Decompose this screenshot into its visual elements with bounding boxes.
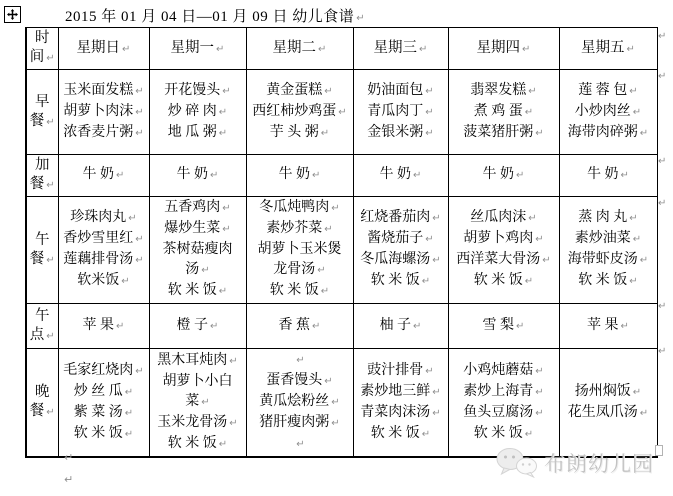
paragraph-mark: ↵ [219, 107, 227, 118]
paragraph-mark: ↵ [46, 331, 54, 342]
cell-dinner-sunday: 毛家红烧肉↵炒 丝 瓜↵紫 菜 汤↵软 米 饭↵ [58, 349, 149, 458]
paragraph-mark: ↵ [219, 286, 227, 297]
paragraph-mark: ↵ [535, 408, 543, 419]
paragraph-mark: ↵ [331, 418, 339, 429]
menu-line: 丝瓜肉沫↵ [451, 208, 557, 229]
menu-line: 开花馒头↵ [152, 81, 244, 102]
brand-logo: 布朗幼儿园 [496, 447, 663, 478]
menu-line-text: 丝瓜肉沫 [470, 210, 526, 225]
menu-line: 星期二↵ [249, 38, 351, 60]
menu-line-text: 奶油面包 [367, 83, 423, 98]
menu-line-text: 素炒上海青 [463, 384, 533, 399]
cell-afternoon-snack-tuesday: 香 蕉↵ [246, 304, 353, 349]
paragraph-mark: ↵ [229, 356, 237, 367]
menu-line: 蛋香馒头↵ [249, 371, 351, 392]
menu-line: 菜↵ [152, 392, 244, 413]
paragraph-mark: ↵ [522, 44, 530, 55]
paragraph-mark: ↵ [629, 276, 637, 287]
menu-line: 素炒地三鲜↵ [356, 382, 446, 403]
paragraph-mark: ↵ [128, 213, 136, 224]
menu-line-text: 星期四 [477, 40, 521, 56]
menu-line-text: 午 [35, 308, 50, 324]
paragraph-mark: ↵ [135, 107, 143, 118]
menu-line-text: 星期日 [77, 40, 121, 56]
paragraph-mark: ↵ [535, 366, 543, 377]
menu-line: 胡萝卜玉米煲 [249, 240, 351, 260]
menu-line-text: 豉汁排骨 [367, 363, 423, 378]
menu-line-text: 香炒雪里红 [63, 231, 133, 246]
menu-line: 冬瓜炖鸭肉↵ [249, 198, 351, 219]
cell-extra-meal-tuesday: 牛 奶↵ [246, 155, 353, 197]
menu-line: 软 米 饭↵ [356, 271, 446, 292]
paragraph-mark: ↵ [627, 44, 635, 55]
paragraph-mark: ↵ [516, 170, 524, 181]
paragraph-mark: ↵ [640, 128, 648, 139]
menu-line-text: 柚 子 [380, 318, 412, 333]
menu-line-text: 菜 [185, 394, 199, 409]
menu-line-text: 胡萝卜鸡肉 [463, 231, 533, 246]
document-title: 2015 年 01 月 04 日—01 月 09 日 幼儿食谱 [65, 9, 354, 25]
paragraph-mark: ↵ [201, 265, 209, 276]
menu-line-text: 胡萝卜肉沫 [63, 104, 133, 119]
menu-line-text: 爆炒生菜 [164, 221, 220, 236]
menu-line: 扬州焖饭↵ [562, 382, 655, 403]
menu-line: 小鸡炖蘑菇↵ [451, 361, 557, 382]
menu-line-text: 软 米 饭 [371, 426, 420, 441]
menu-line: 素炒油菜↵ [562, 229, 655, 250]
menu-line-text: 毛家红烧肉 [63, 363, 133, 378]
paragraph-mark: ↵ [116, 321, 124, 332]
paragraph-mark: ↵ [658, 31, 666, 42]
menu-line: 玉米龙骨汤↵ [152, 413, 244, 434]
paragraph-mark: ↵ [535, 387, 543, 398]
paragraph-mark: ↵ [321, 128, 329, 139]
paragraph-mark: ↵ [525, 276, 533, 287]
paragraph-mark: ↵ [219, 439, 227, 450]
menu-line-text: 星期三 [374, 40, 418, 56]
paragraph-mark: ↵ [135, 86, 143, 97]
cell-afternoon-snack-monday: 橙 子↵ [149, 304, 246, 349]
menu-line: 软米饭↵ [61, 271, 147, 292]
paragraph-mark: ↵ [135, 128, 143, 139]
paragraph-mark: ↵ [331, 397, 339, 408]
paragraph-mark: ↵ [425, 128, 433, 139]
header-sunday: 星期日↵ [58, 28, 149, 70]
header-wednesday: 星期三↵ [353, 28, 448, 70]
menu-line-text: 橙 子 [177, 318, 209, 333]
paragraph-mark: ↵ [516, 321, 524, 332]
menu-line-text: 星期五 [581, 40, 625, 56]
paragraph-mark: ↵ [629, 213, 637, 224]
paragraph-mark: ↵ [425, 234, 433, 245]
menu-line: 餐↵ [29, 112, 56, 132]
paragraph-mark: ↵ [222, 203, 230, 214]
menu-line-text: 龙骨汤 [273, 262, 315, 277]
menu-line: 胡萝卜小白 [152, 372, 244, 392]
menu-line: 点↵ [29, 326, 56, 346]
paragraph-mark: ↵ [413, 321, 421, 332]
menu-line-text: 素炒地三鲜 [360, 384, 430, 399]
menu-line-text: 晚 [35, 384, 50, 400]
header-monday: 星期一↵ [149, 28, 246, 70]
paragraph-mark: ↵ [210, 321, 218, 332]
paragraph-mark: ↵ [64, 451, 73, 464]
cell-extra-meal-monday: 牛 奶↵ [149, 155, 246, 197]
menu-line: 软 米 饭↵ [152, 281, 244, 302]
menu-line-text: 软 米 饭 [474, 273, 523, 288]
paragraph-mark: ↵ [413, 170, 421, 181]
menu-line: 海带肉碎粥↵ [562, 123, 655, 144]
paragraph-mark: ↵ [525, 107, 533, 118]
document-page: 2015 年 01 月 04 日—01 月 09 日 幼儿食谱↵ 时间↵星期日↵… [0, 0, 673, 496]
menu-line-text: 小炒肉丝 [575, 104, 631, 119]
paragraph-mark: ↵ [425, 107, 433, 118]
menu-line: 牛 奶↵ [562, 165, 655, 186]
paragraph-mark: ↵ [640, 255, 648, 266]
menu-line-text: 五香鸡肉 [164, 200, 220, 215]
menu-line: 软 米 饭↵ [249, 281, 351, 302]
menu-line: 茶树菇瘦肉 [152, 240, 244, 260]
menu-line-text: 西洋菜大骨汤 [456, 252, 540, 267]
paragraph-mark: ↵ [122, 44, 130, 55]
cell-lunch-monday: 五香鸡肉↵爆炒生菜↵茶树菇瘦肉汤↵软 米 饭↵ [149, 197, 246, 304]
paragraph-mark: ↵ [528, 86, 536, 97]
paragraph-mark: ↵ [422, 429, 430, 440]
paragraph-mark: ↵ [658, 346, 666, 357]
menu-line-text: 星期二 [273, 40, 317, 56]
paragraph-mark: ↵ [432, 255, 440, 266]
cell-extra-meal-thursday: 牛 奶↵ [448, 155, 559, 197]
menu-line: 软 米 饭↵ [562, 271, 655, 292]
menu-line: 香炒雪里红↵ [61, 229, 147, 250]
menu-line: 胡萝卜肉沫↵ [61, 102, 147, 123]
cell-afternoon-snack-wednesday: 柚 子↵ [353, 304, 448, 349]
menu-line: 柚 子↵ [356, 316, 446, 337]
title-line: 2015 年 01 月 04 日—01 月 09 日 幼儿食谱↵ [65, 5, 365, 26]
menu-line: 牛 奶↵ [451, 165, 557, 186]
header-thursday: 星期四↵ [448, 28, 559, 70]
paragraph-mark: ↵ [432, 408, 440, 419]
menu-line: 冬瓜海螺汤↵ [356, 250, 446, 271]
paragraph-mark: ↵ [317, 265, 325, 276]
menu-line: 黑木耳炖肉↵ [152, 351, 244, 372]
menu-line-text: 软 米 饭 [168, 436, 217, 451]
menu-line: 菠菜猪肝粥↵ [451, 123, 557, 144]
menu-line-text: 青菜肉沫汤 [360, 405, 430, 420]
paragraph-mark: ↵ [46, 117, 54, 128]
menu-line-text: 鱼头豆腐汤 [463, 405, 533, 420]
menu-line: 海带虾皮汤↵ [562, 250, 655, 271]
paragraph-mark: ↵ [46, 53, 54, 64]
paragraph-mark: ↵ [535, 128, 543, 139]
menu-line-text: 地 瓜 粥 [168, 125, 217, 140]
menu-line-text: 软 米 饭 [270, 283, 319, 298]
menu-line-text: 青瓜肉丁 [367, 104, 423, 119]
menu-line: 牛 奶↵ [356, 165, 446, 186]
paragraph-mark: ↵ [621, 321, 629, 332]
menu-line: 炒 碎 肉↵ [152, 102, 244, 123]
menu-line: 苹 果↵ [61, 316, 147, 337]
menu-line: ↵ [249, 434, 351, 455]
menu-line-text: 小鸡炖蘑菇 [463, 363, 533, 378]
menu-line: 猪肝瘦肉粥↵ [249, 413, 351, 434]
menu-line: 黄瓜烩粉丝↵ [249, 392, 351, 413]
paragraph-mark: ↵ [46, 407, 54, 418]
menu-line: 金银米粥↵ [356, 123, 446, 144]
cell-breakfast-friday: 莲 蓉 包↵小炒肉丝↵海带肉碎粥↵ [559, 70, 657, 155]
paragraph-mark: ↵ [296, 355, 304, 366]
menu-line: 软 米 饭↵ [451, 271, 557, 292]
menu-line-text: 苹 果 [83, 318, 115, 333]
menu-line-text: 黄金蛋糕 [266, 83, 322, 98]
menu-line: 蒸 肉 丸↵ [562, 208, 655, 229]
paragraph-mark: ↵ [432, 213, 440, 224]
paragraph-mark: ↵ [331, 203, 339, 214]
menu-line-text: 早 [35, 94, 50, 110]
menu-line: 苹 果↵ [562, 316, 655, 337]
menu-line: 豉汁排骨↵ [356, 361, 446, 382]
menu-line-text: 牛 奶 [83, 167, 115, 182]
menu-line: 奶油面包↵ [356, 81, 446, 102]
cell-lunch-wednesday: 红烧番茄肉↵酱烧茄子↵冬瓜海螺汤↵软 米 饭↵ [353, 197, 448, 304]
paragraph-mark: ↵ [296, 439, 304, 450]
menu-line: 牛 奶↵ [61, 165, 147, 186]
paragraph-mark: ↵ [633, 234, 641, 245]
menu-line: 牛 奶↵ [249, 165, 351, 186]
brand-name: 布朗幼儿园 [544, 448, 654, 478]
menu-line-text: 扬州焖饭 [575, 384, 631, 399]
menu-line-text: 西红柿炒鸡蛋 [252, 104, 336, 119]
menu-line-text: 餐 [30, 113, 45, 129]
menu-line-text: 开花馒头 [164, 83, 220, 98]
paragraph-mark: ↵ [222, 86, 230, 97]
menu-line-text: 冬瓜炖鸭肉 [259, 200, 329, 215]
menu-line: 莲 蓉 包↵ [562, 81, 655, 102]
paragraph-mark: ↵ [419, 44, 427, 55]
menu-line: 素炒上海青↵ [451, 382, 557, 403]
menu-line-text: 翡翠发糕 [470, 83, 526, 98]
menu-line-text: 炒 丝 瓜 [74, 384, 123, 399]
menu-line-text: 软 米 饭 [578, 273, 627, 288]
menu-line: 午 [29, 231, 56, 250]
cell-dinner-friday: 扬州焖饭↵花生凤爪汤↵ [559, 349, 657, 458]
row-label-lunch: 午餐↵ [26, 197, 58, 304]
menu-line-text: 间 [30, 49, 45, 65]
paragraph-mark: ↵ [201, 397, 209, 408]
menu-line-text: 香 蕉 [279, 318, 311, 333]
menu-line: 午 [29, 307, 56, 326]
menu-line-text: 炒 碎 肉 [168, 104, 217, 119]
menu-line-text: 胡萝卜玉米煲 [258, 242, 342, 257]
paragraph-mark: ↵ [338, 107, 346, 118]
menu-line-text: 软 米 饭 [371, 273, 420, 288]
cell-extra-meal-sunday: 牛 奶↵ [58, 155, 149, 197]
cell-breakfast-wednesday: 奶油面包↵青瓜肉丁↵金银米粥↵ [353, 70, 448, 155]
cell-lunch-sunday: 珍珠肉丸↵香炒雪里红↵莲藕排骨汤↵软米饭↵ [58, 197, 149, 304]
menu-line-text: 猪肝瘦肉粥 [259, 415, 329, 430]
menu-line: 毛家红烧肉↵ [61, 361, 147, 382]
paragraph-mark: ↵ [318, 44, 326, 55]
row-label-breakfast: 早餐↵ [26, 70, 58, 155]
paragraph-mark: ↵ [658, 71, 666, 82]
paragraph-mark: ↵ [422, 276, 430, 287]
menu-line: 牛 奶↵ [152, 165, 244, 186]
menu-line-text: 软 米 饭 [474, 426, 523, 441]
menu-line-text: 蒸 肉 丸 [578, 210, 627, 225]
paragraph-mark: ↵ [621, 170, 629, 181]
menu-line: 间↵ [29, 48, 56, 68]
menu-line: 软 米 饭↵ [152, 434, 244, 455]
cell-lunch-friday: 蒸 肉 丸↵素炒油菜↵海带虾皮汤↵软 米 饭↵ [559, 197, 657, 304]
menu-line: 餐↵ [29, 250, 56, 270]
cell-dinner-tuesday: ↵蛋香馒头↵黄瓜烩粉丝↵猪肝瘦肉粥↵↵ [246, 349, 353, 458]
paragraph-mark: ↵ [528, 213, 536, 224]
menu-line-text: 苹 果 [587, 318, 619, 333]
menu-line: 星期四↵ [451, 38, 557, 60]
menu-line: 餐↵ [29, 175, 56, 195]
menu-line: 软 米 饭↵ [451, 424, 557, 445]
paragraph-mark: ↵ [125, 429, 133, 440]
menu-line: 玉米面发糕↵ [61, 81, 147, 102]
menu-line-text: 牛 奶 [483, 167, 515, 182]
menu-line: 西红柿炒鸡蛋↵ [249, 102, 351, 123]
paragraph-mark: ↵ [46, 255, 54, 266]
menu-line: 星期一↵ [152, 38, 244, 60]
menu-line-text: 餐 [30, 176, 45, 192]
menu-line-text: 花生凤爪汤 [568, 405, 638, 420]
table-move-handle[interactable] [4, 6, 21, 23]
menu-line-text: 汤 [185, 262, 199, 277]
paragraph-mark: ↵ [633, 107, 641, 118]
menu-line-text: 牛 奶 [587, 167, 619, 182]
paragraph-mark: ↵ [633, 387, 641, 398]
menu-line: 鱼头豆腐汤↵ [451, 403, 557, 424]
menu-line: 爆炒生菜↵ [152, 219, 244, 240]
cell-afternoon-snack-sunday: 苹 果↵ [58, 304, 149, 349]
paragraph-mark: ↵ [432, 387, 440, 398]
menu-line: 煮 鸡 蛋↵ [451, 102, 557, 123]
menu-line-text: 浓香麦片粥 [63, 125, 133, 140]
menu-line-text: 珍珠肉丸 [70, 210, 126, 225]
paragraph-mark: ↵ [324, 224, 332, 235]
header-friday: 星期五↵ [559, 28, 657, 70]
menu-line-text: 红烧番茄肉 [360, 210, 430, 225]
header-time: 时间↵ [26, 28, 58, 70]
menu-line: 星期三↵ [356, 38, 446, 60]
menu-line: 地 瓜 粥↵ [152, 123, 244, 144]
menu-line-text: 玉米面发糕 [63, 83, 133, 98]
menu-line: 酱烧茄子↵ [356, 229, 446, 250]
menu-line-text: 牛 奶 [177, 167, 209, 182]
cell-breakfast-tuesday: 黄金蛋糕↵西红柿炒鸡蛋↵芋 头 粥↵ [246, 70, 353, 155]
paragraph-mark: ↵ [629, 86, 637, 97]
menu-line: 龙骨汤↵ [249, 260, 351, 281]
menu-line: 红烧番茄肉↵ [356, 208, 446, 229]
menu-line: 紫 菜 汤↵ [61, 403, 147, 424]
menu-line-text: 星期一 [171, 40, 215, 56]
cell-afternoon-snack-thursday: 雪 梨↵ [448, 304, 559, 349]
menu-line: 浓香麦片粥↵ [61, 123, 147, 144]
menu-line: 星期日↵ [61, 38, 147, 60]
menu-line: 西洋菜大骨汤↵ [451, 250, 557, 271]
paragraph-mark: ↵ [658, 156, 666, 167]
menu-line-text: 牛 奶 [279, 167, 311, 182]
row-label-dinner: 晚餐↵ [26, 349, 58, 458]
menu-line: 雪 梨↵ [451, 316, 557, 337]
menu-line-text: 软米饭 [77, 273, 119, 288]
menu-line: 餐↵ [29, 402, 56, 422]
menu-line: ↵ [249, 350, 351, 371]
menu-line: 翡翠发糕↵ [451, 81, 557, 102]
menu-line-text: 加 [35, 157, 50, 173]
menu-line-text: 冬瓜海螺汤 [360, 252, 430, 267]
paragraph-mark: ↵ [658, 301, 666, 312]
menu-line: 时 [29, 29, 56, 48]
menu-line-text: 酱烧茄子 [367, 231, 423, 246]
menu-line-text: 点 [30, 327, 45, 343]
menu-line-text: 菠菜猪肝粥 [463, 125, 533, 140]
cell-dinner-thursday: 小鸡炖蘑菇↵素炒上海青↵鱼头豆腐汤↵软 米 饭↵ [448, 349, 559, 458]
menu-line-text: 黄瓜烩粉丝 [259, 394, 329, 409]
paragraph-mark: ↵ [125, 408, 133, 419]
menu-line: 青瓜肉丁↵ [356, 102, 446, 123]
menu-line-text: 芋 头 粥 [270, 125, 319, 140]
paragraph-mark: ↵ [535, 234, 543, 245]
menu-line-text: 玉米龙骨汤 [157, 415, 227, 430]
menu-line: 胡萝卜鸡肉↵ [451, 229, 557, 250]
cell-afternoon-snack-friday: 苹 果↵ [559, 304, 657, 349]
menu-line-text: 金银米粥 [367, 125, 423, 140]
cell-dinner-wednesday: 豉汁排骨↵素炒地三鲜↵青菜肉沫汤↵软 米 饭↵ [353, 349, 448, 458]
paragraph-mark: ↵ [321, 286, 329, 297]
menu-line: 炒 丝 瓜↵ [61, 382, 147, 403]
menu-table: 时间↵星期日↵星期一↵星期二↵星期三↵星期四↵星期五↵早餐↵玉米面发糕↵胡萝卜肉… [25, 27, 658, 458]
cell-extra-meal-friday: 牛 奶↵ [559, 155, 657, 197]
menu-line: 早 [29, 93, 56, 112]
paragraph-mark: ↵ [312, 321, 320, 332]
menu-line-text: 牛 奶 [380, 167, 412, 182]
paragraph-mark: ↵ [210, 170, 218, 181]
menu-line: 汤↵ [152, 260, 244, 281]
menu-line-text: 时 [35, 30, 50, 46]
menu-line: 香 蕉↵ [249, 316, 351, 337]
menu-line-text: 素炒油菜 [575, 231, 631, 246]
paragraph-mark: ↵ [658, 198, 666, 209]
menu-line-text: 紫 菜 汤 [74, 405, 123, 420]
menu-line: 晚 [29, 383, 56, 402]
menu-line: 星期五↵ [562, 38, 655, 60]
paragraph-mark: ↵ [135, 255, 143, 266]
paragraph-mark: ↵ [324, 86, 332, 97]
paragraph-mark: ↵ [324, 376, 332, 387]
menu-line: 橙 子↵ [152, 316, 244, 337]
menu-line-text: 午 [35, 232, 50, 248]
paragraph-mark: ↵ [64, 473, 73, 486]
move-cross-icon [7, 9, 18, 20]
paragraph-mark: ↵ [525, 429, 533, 440]
menu-line-text: 胡萝卜小白 [163, 374, 233, 389]
menu-line-text: 海带虾皮汤 [568, 252, 638, 267]
menu-line: 莲藕排骨汤↵ [61, 250, 147, 271]
menu-line-text: 茶树菇瘦肉 [163, 242, 233, 257]
row-label-afternoon-snack: 午点↵ [26, 304, 58, 349]
paragraph-mark: ↵ [219, 128, 227, 139]
paragraph-mark: ↵ [125, 387, 133, 398]
cell-lunch-tuesday: 冬瓜炖鸭肉↵素炒芥菜↵胡萝卜玉米煲龙骨汤↵软 米 饭↵ [246, 197, 353, 304]
menu-line: 青菜肉沫汤↵ [356, 403, 446, 424]
paragraph-mark: ↵ [46, 180, 54, 191]
cell-lunch-thursday: 丝瓜肉沫↵胡萝卜鸡肉↵西洋菜大骨汤↵软 米 饭↵ [448, 197, 559, 304]
